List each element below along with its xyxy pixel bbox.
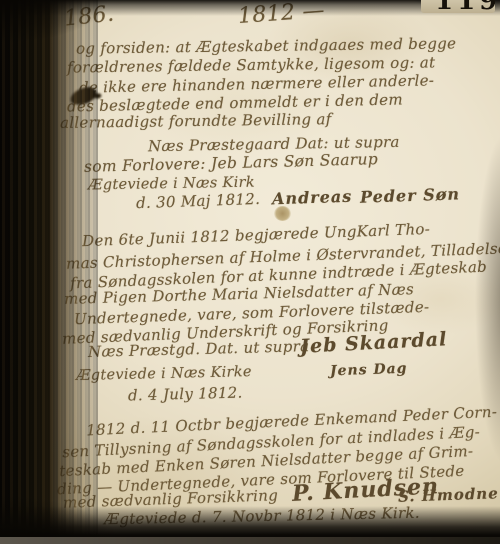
corner-page-tab: 119: [421, 0, 495, 13]
manuscript-photo: 186. 1812 — og forsiden: at Ægteskabet i…: [0, 0, 500, 544]
signature: Peder Søn: [360, 184, 461, 206]
folio-number: 186.: [63, 1, 116, 31]
signature: Jens Dag: [330, 361, 408, 380]
manuscript-line: allernaadigst forundte Bevilling af: [60, 110, 332, 132]
marriage-date: d. 4 July 1812.: [128, 384, 243, 405]
corner-page-number: 119: [435, 0, 495, 13]
signature: S. Hmodne: [398, 484, 499, 506]
stain-spot: [274, 206, 291, 221]
